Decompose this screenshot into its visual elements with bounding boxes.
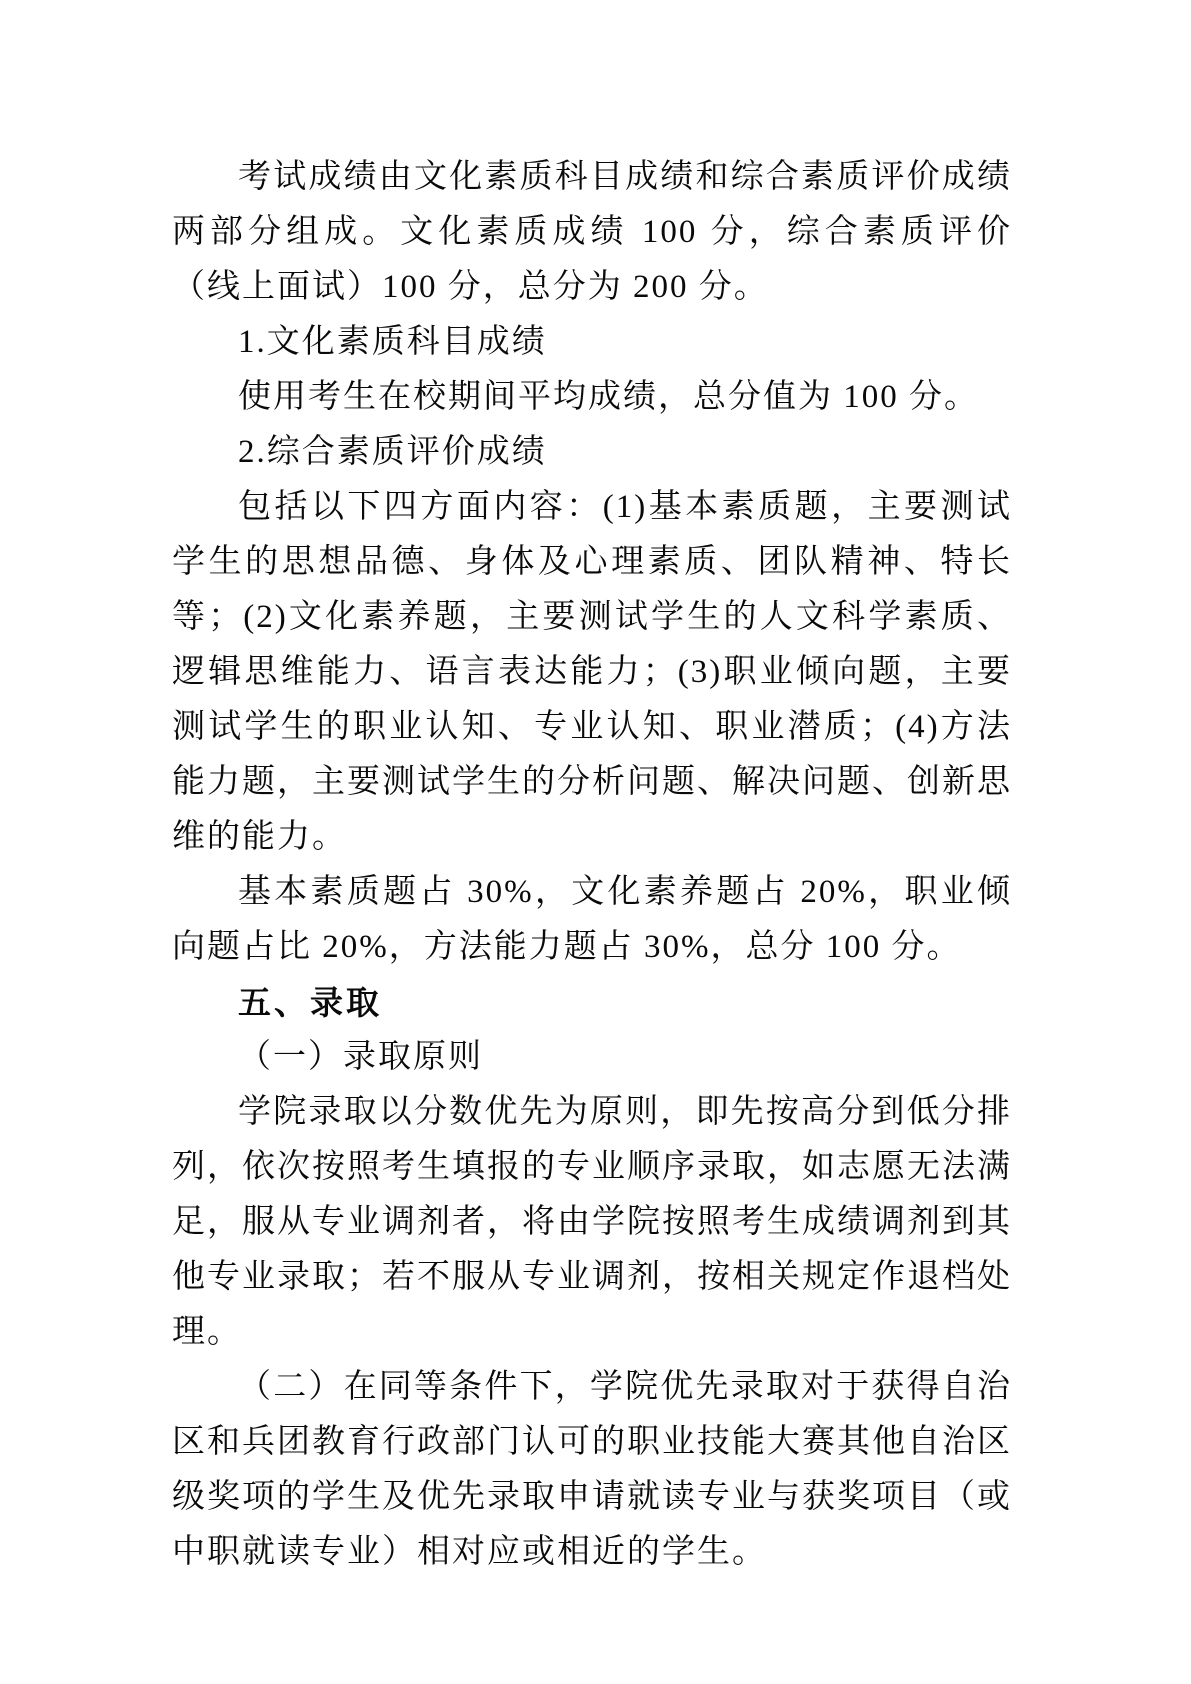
paragraph-priority-admission: （二）在同等条件下，学院优先录取对于获得自治区和兵团教育行政部门认可的职业技能大… [172,1360,1012,1580]
paragraph-item-2-detail: 包括以下四方面内容：(1)基本素质题，主要测试学生的思想品德、身体及心理素质、团… [172,480,1012,865]
paragraph-item-1-title: 1.文化素质科目成绩 [172,315,1012,370]
paragraph-admission-principle-detail: 学院录取以分数优先为原则，即先按高分到低分排列，依次按照考生填报的专业顺序录取，… [172,1085,1012,1360]
document-page: 考试成绩由文化素质科目成绩和综合素质评价成绩两部分组成。文化素质成绩 100 分… [0,0,1191,1684]
paragraph-score-weighting: 基本素质题占 30%，文化素养题占 20%，职业倾向题占比 20%，方法能力题占… [172,865,1012,975]
document-body: 考试成绩由文化素质科目成绩和综合素质评价成绩两部分组成。文化素质成绩 100 分… [172,150,1012,1580]
paragraph-item-1-detail: 使用考生在校期间平均成绩，总分值为 100 分。 [172,370,1012,425]
section-heading-admission: 五、录取 [172,975,1012,1030]
paragraph-item-2-title: 2.综合素质评价成绩 [172,425,1012,480]
paragraph-exam-score-composition: 考试成绩由文化素质科目成绩和综合素质评价成绩两部分组成。文化素质成绩 100 分… [172,150,1012,315]
subheading-admission-principle: （一）录取原则 [172,1030,1012,1085]
